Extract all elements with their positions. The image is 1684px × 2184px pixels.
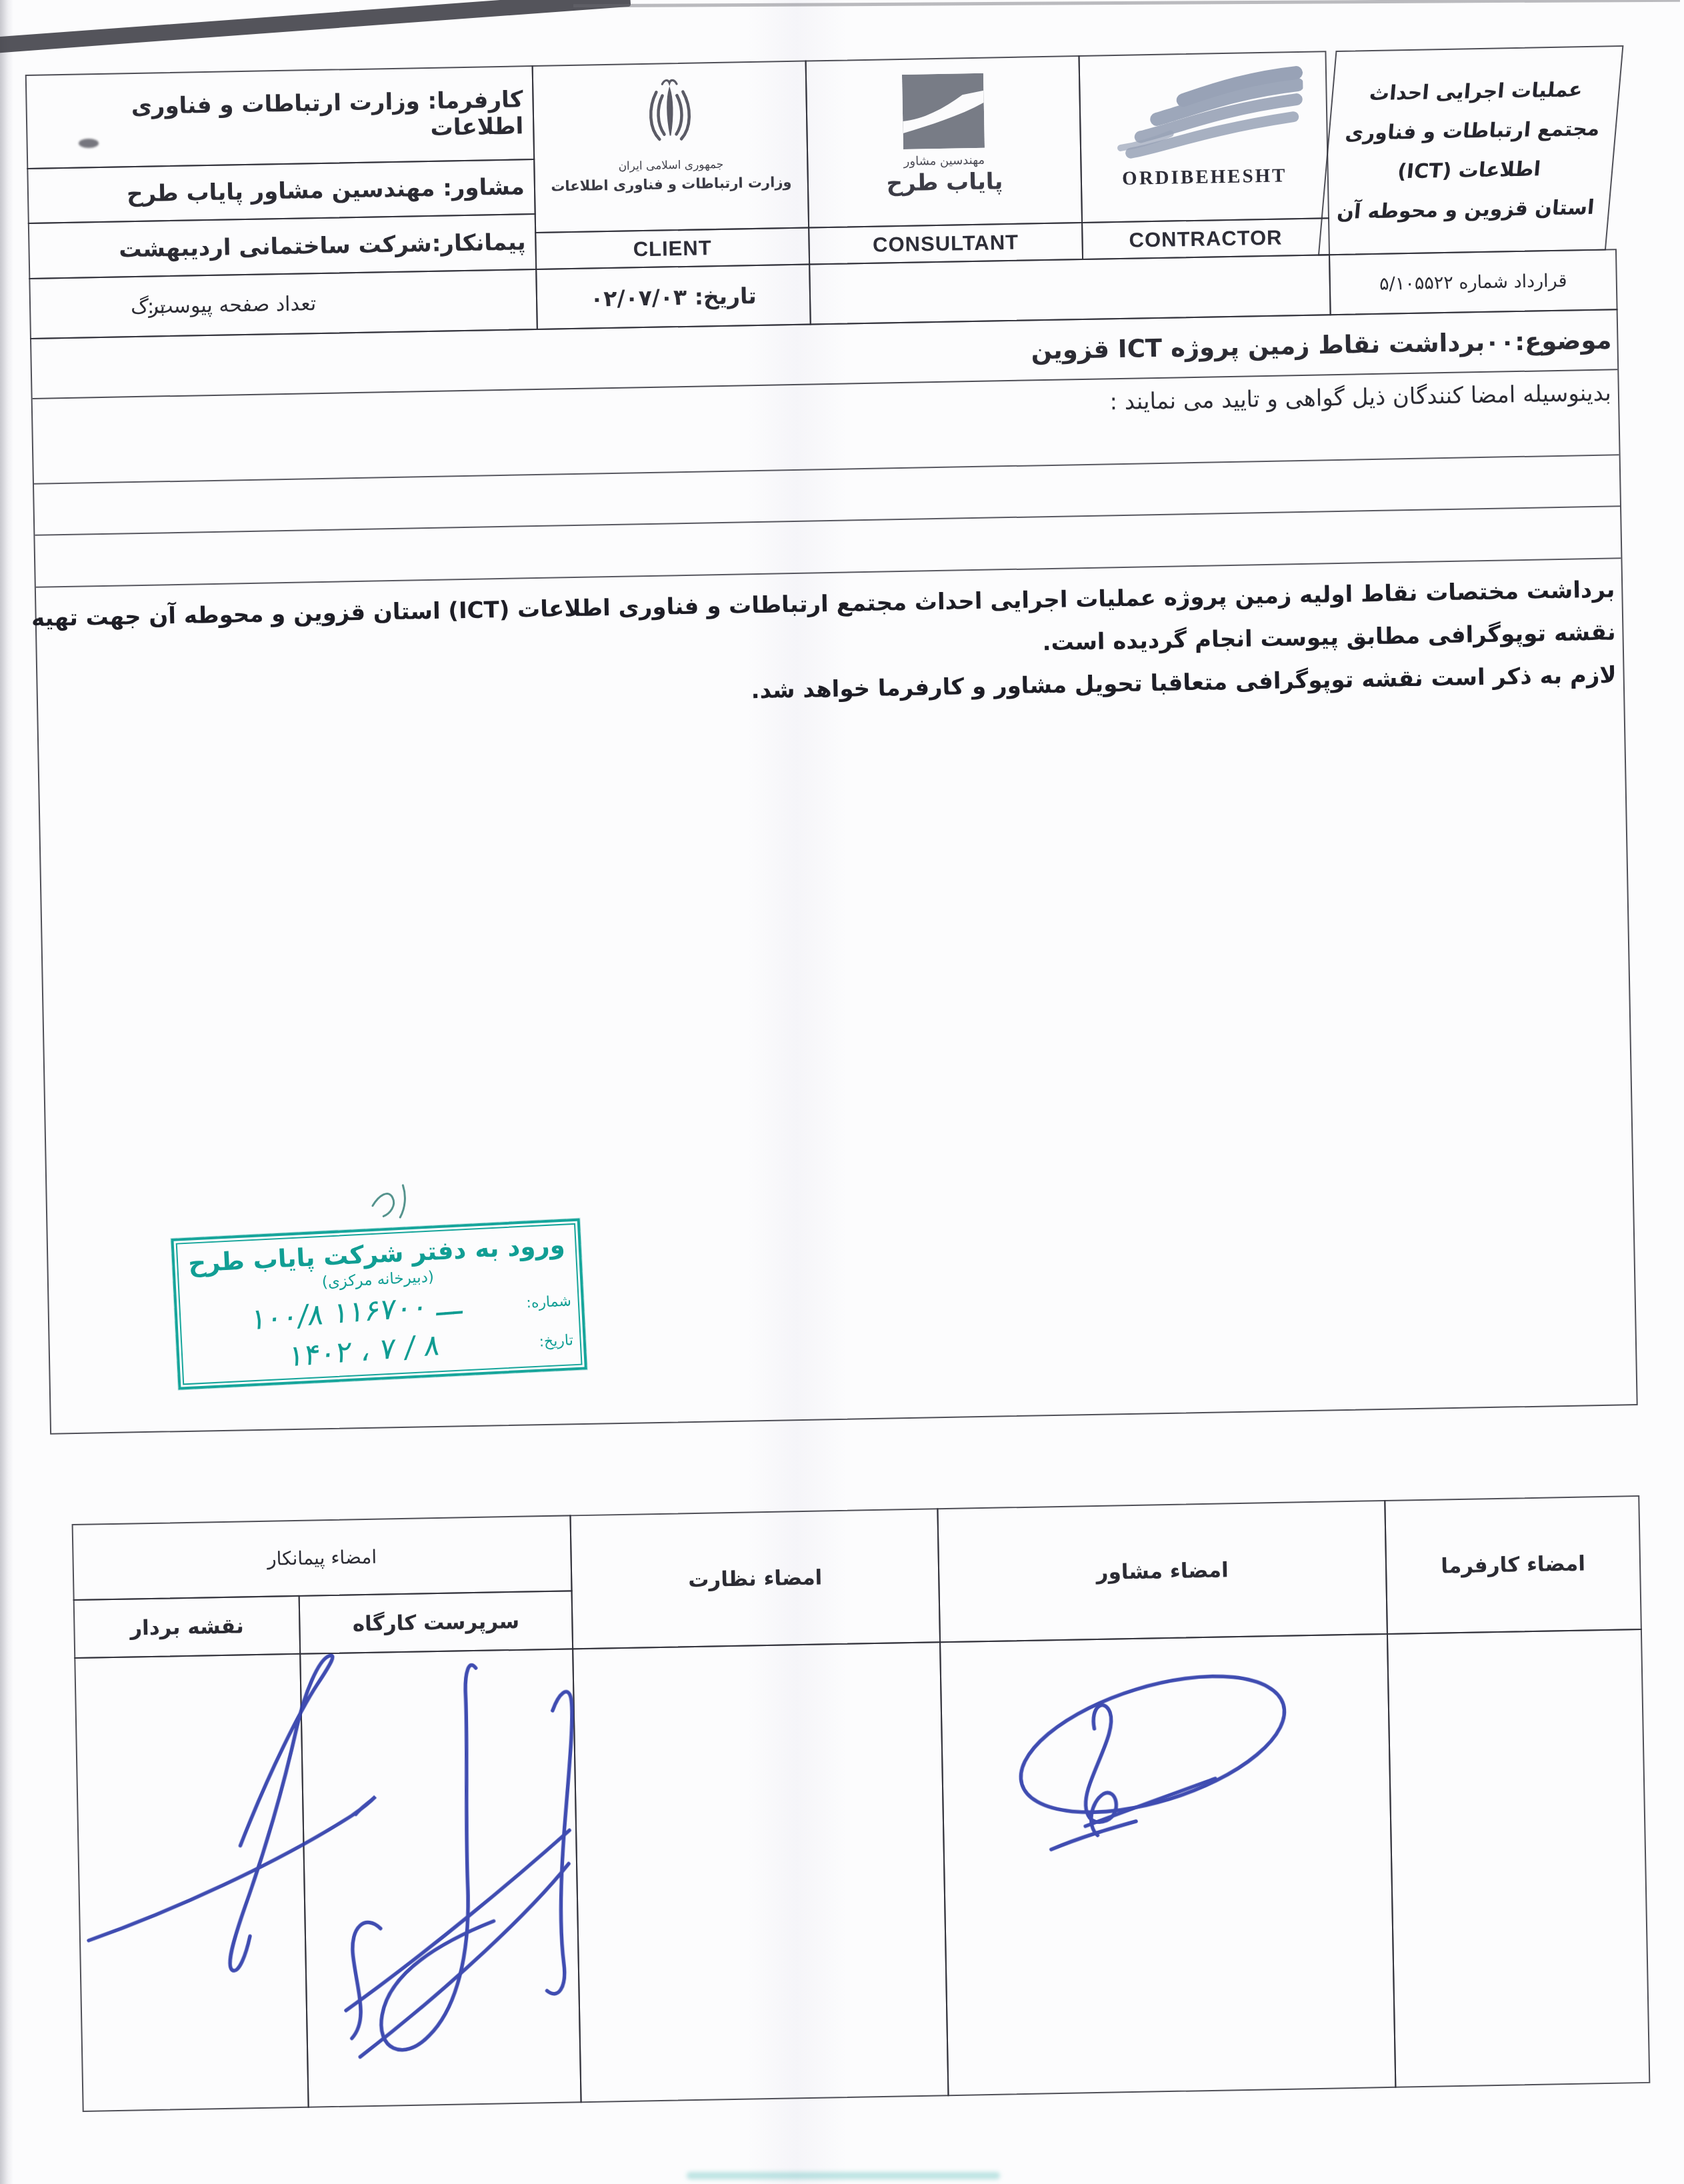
consultant-signature-header: امضاء مشاور: [937, 1500, 1388, 1643]
surveyor-header: نقشه بردار: [73, 1595, 301, 1659]
attachment-unit: برگ: [131, 295, 165, 319]
project-title-line3: اطلاعات (ICT): [1396, 149, 1543, 191]
subject-line: موضوع:۰۰برداشت نقاط زمین پروژه ICT قزوین: [1031, 325, 1612, 365]
scanned-document-page: { "document": { "header": { "client_row_…: [0, 0, 1684, 2184]
consultant-logo-cell: مهندسین مشاور پایاب طرح: [805, 55, 1083, 229]
secretariat-stamp: ورود به دفتر شرکت پایاب طرح (دبیرخانه مر…: [171, 1218, 587, 1389]
client-org-line1: جمهوری اسلامی ایران: [618, 158, 723, 173]
client-signature-header: امضاء کارفرما: [1384, 1495, 1642, 1635]
client-row-label: کارفرما: وزارت ارتباطات و فناوری اطلاعات: [36, 86, 523, 148]
client-caption-cell: CLIENT: [535, 227, 810, 270]
scanner-top-hairline: [573, 0, 1680, 7]
date-cell: تاریخ: ۰۲/۰۷/۰۳: [535, 263, 811, 330]
contract-number: قرارداد شماره ۵/۱۰۵۵۲۲: [1379, 270, 1567, 294]
client-org-line2: وزارت ارتباطات و فناوری اطلاعات: [551, 174, 791, 195]
contractor-caption-cell: CONTRACTOR: [1081, 217, 1330, 260]
consultant-logo-line2: پایاب طرح: [886, 168, 1003, 197]
surveyor-signature-cell: [74, 1653, 309, 2112]
bottom-ink-smudge: [687, 2172, 1000, 2179]
contractor-signature-group-header: امضاء پیمانکار: [72, 1515, 573, 1601]
stamp-inner-border: ورود به دفتر شرکت پایاب طرح (دبیرخانه مر…: [176, 1223, 583, 1385]
consultant-row-label: مشاور: مهندسین مشاور پایاب طرح: [127, 173, 525, 207]
surveyor-label: نقشه بردار: [130, 1614, 244, 1640]
contractor-logo-text: ORDIBEHESHT: [1122, 165, 1287, 190]
project-title-line2: مجتمع ارتباطات و فناوری: [1343, 109, 1601, 153]
consultant-signature-cell: [939, 1633, 1396, 2096]
supervision-header: امضاء نظارت: [569, 1508, 941, 1649]
client-signature-label: امضاء کارفرما: [1441, 1552, 1585, 1579]
iran-emblem-icon: [639, 75, 701, 155]
project-title-line1: عملیات اجرایی احداث: [1368, 70, 1585, 113]
project-title-line4: استان قزوین و محوطه آن: [1335, 187, 1596, 231]
empty-middle-cell: [809, 254, 1331, 325]
site-supervisor-header: سرپرست کارگاه: [299, 1590, 574, 1655]
site-supervisor-label: سرپرست کارگاه: [352, 1609, 519, 1636]
payab-tarh-logo-icon: [902, 73, 985, 149]
contract-number-cell: قرارداد شماره ۵/۱۰۵۵۲۲: [1329, 249, 1618, 315]
attachment-row: تعداد صفحه پیوست: برگ: [29, 269, 538, 339]
contractor-row-label: پیمانکار:شرکت ساختمانی اردیبهشت: [119, 229, 526, 263]
contractor-caption: CONTRACTOR: [1129, 225, 1282, 252]
client-logo-cell: جمهوری اسلامی ایران وزارت ارتباطات و فنا…: [532, 61, 810, 234]
document-sheet: کارفرما: وزارت ارتباطات و فناوری اطلاعات…: [18, 12, 1657, 2167]
contractor-logo-cell: ORDIBEHESHT: [1078, 51, 1329, 223]
client-row: کارفرما: وزارت ارتباطات و فناوری اطلاعات: [25, 65, 535, 169]
supervision-label: امضاء نظارت: [688, 1565, 823, 1592]
attachment-label: تعداد صفحه پیوست:: [147, 292, 317, 319]
certify-line: بدینوسیله امضا کنندگان ذیل گواهی و تایید…: [1109, 379, 1611, 415]
client-caption: CLIENT: [633, 236, 712, 261]
ink-smudge: [79, 139, 99, 148]
date-value: تاریخ: ۰۲/۰۷/۰۳: [590, 282, 757, 311]
consultant-logo-line1: مهندسین مشاور: [903, 153, 985, 169]
header-table: کارفرما: وزارت ارتباطات و فناوری اطلاعات…: [25, 45, 1618, 339]
consultant-signature-label: امضاء مشاور: [1096, 1558, 1229, 1585]
scanner-edge-shadow: [0, 0, 13, 2184]
ordibehesht-logo-icon: [1103, 65, 1305, 161]
supervision-signature-cell: [572, 1641, 949, 2103]
signature-table: امضاء پیمانکار نقشه بردار سرپرست کارگاه …: [72, 1495, 1651, 2112]
client-signature-cell: [1387, 1629, 1650, 2088]
consultant-caption: CONSULTANT: [873, 230, 1019, 257]
consultant-caption-cell: CONSULTANT: [808, 222, 1083, 265]
stamp-number-label: شماره:: [526, 1293, 572, 1311]
contractor-group-label: امضاء پیمانکار: [267, 1546, 377, 1570]
project-title-cell: عملیات اجرایی احداث مجتمع ارتباطات و فنا…: [1318, 45, 1624, 255]
stamp-date-label: تاریخ:: [539, 1332, 573, 1351]
site-supervisor-signature-cell: [299, 1648, 581, 2107]
